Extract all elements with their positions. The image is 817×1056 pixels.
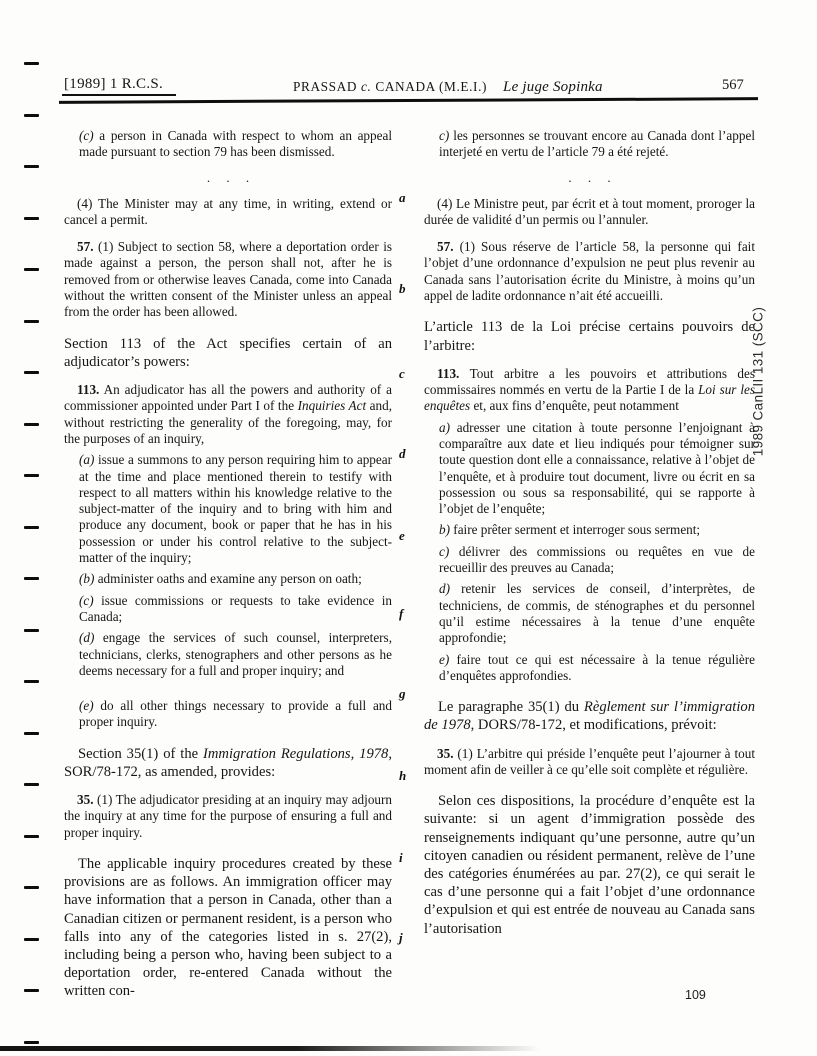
- quote-s113-b: (b) administer oaths and examine any per…: [64, 571, 392, 587]
- ellipsis-break: . . .: [424, 171, 755, 185]
- scan-artifact-line: [0, 1046, 540, 1051]
- ellipsis-break: . . .: [64, 171, 392, 185]
- report-volume-citation: [1989] 1 R.C.S.: [64, 76, 163, 93]
- binding-mark: [24, 423, 39, 426]
- scanned-law-report-page: [1989] 1 R.C.S. PRASSAD c. CANADA (M.E.I…: [0, 0, 817, 1056]
- binding-mark: [24, 1041, 39, 1044]
- citation-art35-1: 35. (1) L’arbitre qui préside l’enquête …: [424, 746, 755, 779]
- citation-art113-d: d) retenir les services de conseil, d’in…: [424, 581, 755, 646]
- quote-s57-1: 57. (1) Subject to section 58, where a d…: [64, 239, 392, 320]
- column-french: c) les personnes se trouvant encore au C…: [424, 123, 755, 938]
- quote-s19-c: (c) a person in Canada with respect to w…: [64, 128, 392, 161]
- header-page-number: 567: [722, 77, 744, 94]
- binding-mark: [24, 371, 39, 374]
- margin-letter-e: e: [399, 528, 405, 544]
- binding-mark: [24, 732, 39, 735]
- citation-art57-1: 57. (1) Sous réserve de l’article 58, la…: [424, 239, 755, 304]
- binding-mark: [24, 165, 39, 168]
- citation-art37-4: (4) Le Ministre peut, par écrit et à tou…: [424, 196, 755, 229]
- citation-art113-b: b) faire prêter serment et interroger so…: [424, 522, 755, 538]
- binding-mark: [24, 217, 39, 220]
- margin-letter-h: h: [399, 768, 406, 784]
- para-inquiry-procedures: The applicable inquiry procedures create…: [64, 855, 392, 1001]
- margin-letter-b: b: [399, 281, 406, 297]
- para-intro-s113: Section 113 of the Act specifies certain…: [64, 335, 392, 371]
- binding-mark: [24, 938, 39, 941]
- para-intro-art113: L’article 113 de la Loi précise certains…: [424, 318, 755, 354]
- quote-s37-4: (4) The Minister may at any time, in wri…: [64, 196, 392, 229]
- margin-letter-d: d: [399, 446, 406, 462]
- quote-s113: 113. An adjudicator has all the powers a…: [64, 382, 392, 447]
- margin-letter-i: i: [399, 850, 403, 866]
- citation-art113-c: c) délivrer des commissions ou requêtes …: [424, 544, 755, 577]
- binding-mark: [24, 629, 39, 632]
- binding-mark: [24, 835, 39, 838]
- running-header: PRASSAD c. CANADA (M.E.I.)Le juge Sopink…: [293, 78, 603, 96]
- citation-art19-c: c) les personnes se trouvant encore au C…: [424, 128, 755, 161]
- binding-mark: [24, 783, 39, 786]
- binding-mark: [24, 268, 39, 271]
- quote-s113-e: (e) do all other things necessary to pro…: [64, 698, 392, 731]
- binding-mark: [24, 680, 39, 683]
- quote-s113-a: (a) issue a summons to any person requir…: [64, 452, 392, 566]
- margin-letter-f: f: [399, 606, 403, 622]
- citation-art113: 113. Tout arbitre a les pouvoirs et attr…: [424, 366, 755, 415]
- column-english: (c) a person in Canada with respect to w…: [64, 123, 392, 1001]
- citation-art113-e: e) faire tout ce qui est nécessaire à la…: [424, 652, 755, 685]
- binding-mark: [24, 114, 39, 117]
- para-intro-s35: Section 35(1) of the Immigration Regulat…: [64, 745, 392, 781]
- binding-mark: [24, 474, 39, 477]
- binding-mark: [24, 577, 39, 580]
- margin-letter-j: j: [399, 930, 403, 946]
- volume-underline-rule: [62, 94, 176, 96]
- para-intro-art35: Le paragraphe 35(1) du Règlement sur l’i…: [424, 698, 755, 734]
- margin-letter-g: g: [399, 686, 406, 702]
- binding-mark: [24, 989, 39, 992]
- quote-s35-1: 35. (1) The adjudicator presiding at an …: [64, 792, 392, 841]
- header-rule: [59, 97, 758, 104]
- case-name: PRASSAD c. CANADA (M.E.I.): [293, 79, 487, 94]
- margin-letter-a: a: [399, 190, 406, 206]
- canlii-watermark: 1989 CanLII 131 (SCC): [751, 296, 766, 468]
- quote-s113-c: (c) issue commissions or requests to tak…: [64, 593, 392, 626]
- binding-mark: [24, 62, 39, 65]
- footer-page-number: 109: [685, 988, 706, 1002]
- binding-mark: [24, 886, 39, 889]
- judge-name: Le juge Sopinka: [503, 79, 603, 95]
- para-procedure-enquete: Selon ces dispositions, la procédure d’e…: [424, 792, 755, 938]
- citation-art113-a: a) adresser une citation à toute personn…: [424, 420, 755, 518]
- margin-letter-c: c: [399, 366, 405, 382]
- binding-mark: [24, 320, 39, 323]
- binding-mark: [24, 526, 39, 529]
- quote-s113-d: (d) engage the services of such counsel,…: [64, 630, 392, 679]
